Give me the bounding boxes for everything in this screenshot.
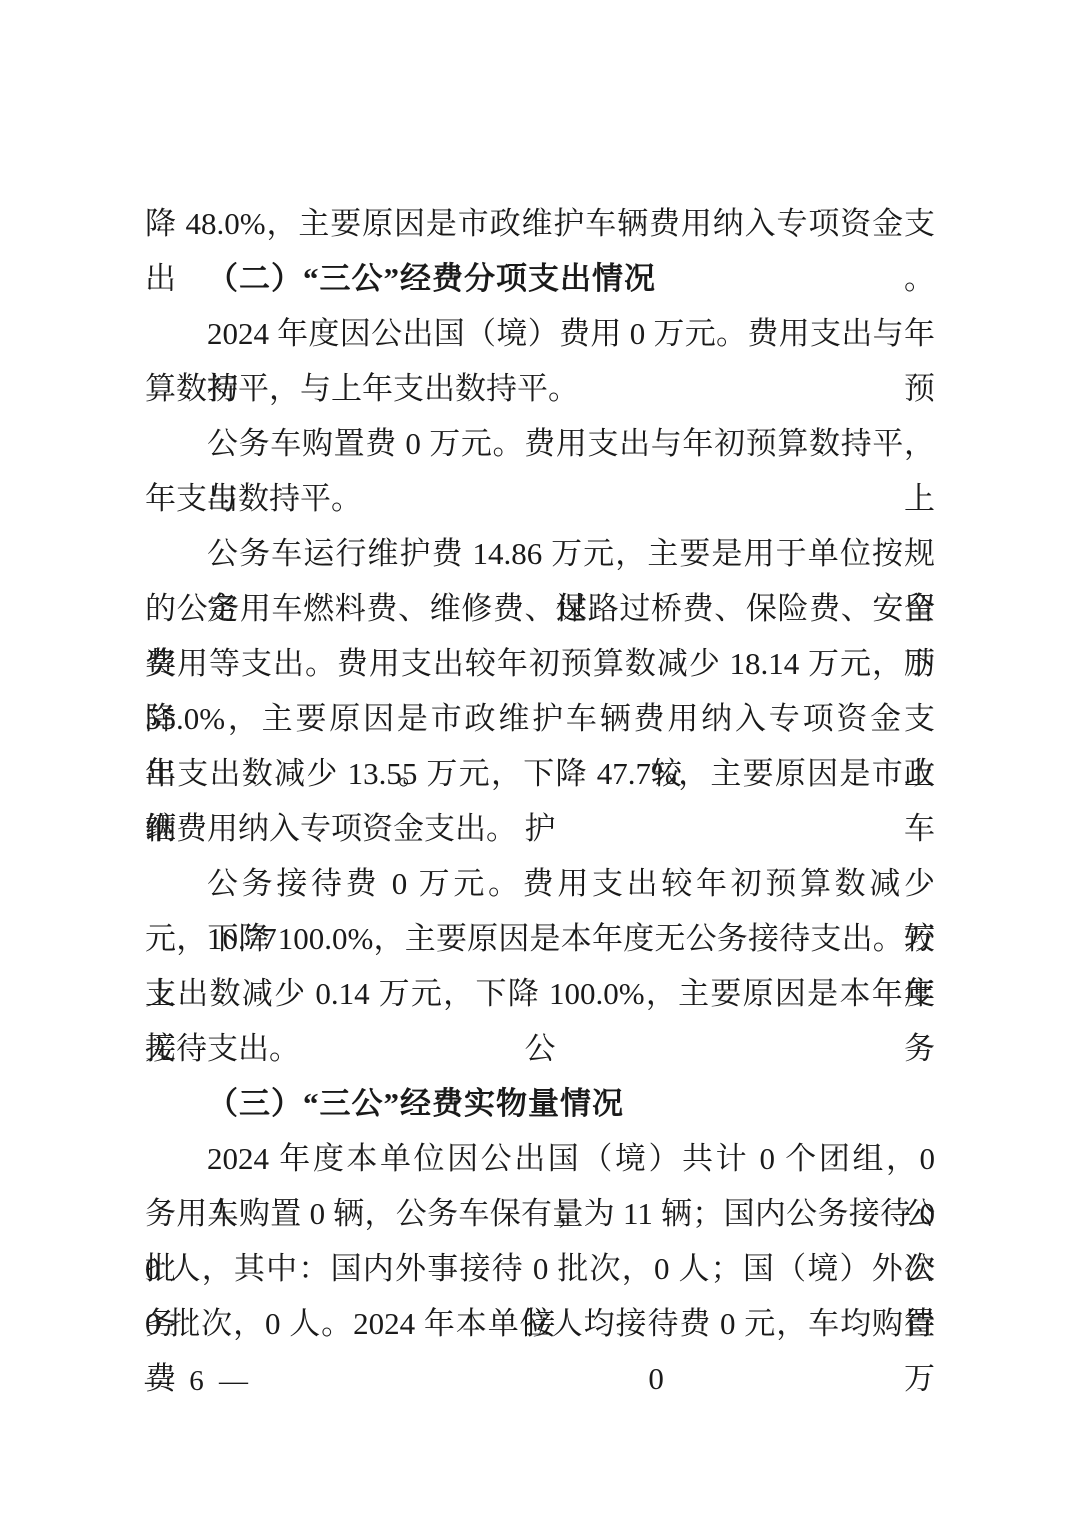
text-line: 公务车购置费 0 万元。费用支出与年初预算数持平，与上 (145, 416, 935, 471)
text-line: 55.0%，主要原因是市政维护车辆费用纳入专项资金支出。较上 (145, 691, 935, 746)
text-line: 元，下降 100.0%，主要原因是本年度无公务接待支出。较上年 (145, 911, 935, 966)
text-line: 2024 年度因公出国（境）费用 0 万元。费用支出与年初预 (145, 306, 935, 361)
text-line: 公务车运行维护费 14.86 万元，主要是用于单位按规定保留 (145, 526, 935, 581)
text-line: 的公务用车燃料费、维修费、过路过桥费、保险费、安全奖励 (145, 581, 935, 636)
text-line: 0 人，其中：国内外事接待 0 批次，0 人；国（境）外公务接待 (145, 1241, 935, 1296)
text-line: 2024 年度本单位因公出国（境）共计 0 个团组，0 人；公 (145, 1131, 935, 1186)
document-page: 降 48.0%，主要原因是市政维护车辆费用纳入专项资金支出。（二）“三公”经费分… (0, 0, 1074, 1520)
text-line: 务用车购置 0 辆，公务车保有量为 11 辆；国内公务接待 0 批次 (145, 1186, 935, 1241)
text-line: 降 48.0%，主要原因是市政维护车辆费用纳入专项资金支出。 (145, 196, 935, 251)
document-body: 降 48.0%，主要原因是市政维护车辆费用纳入专项资金支出。（二）“三公”经费分… (145, 196, 935, 1351)
text-line: 费用等支出。费用支出较年初预算数减少 18.14 万元，下降 (145, 636, 935, 691)
text-line: 公务接待费 0 万元。费用支出较年初预算数减少 10.77 万 (145, 856, 935, 911)
page-number: — 6 — (145, 1364, 252, 1398)
text-line: 0 批次，0 人。2024 年本单位人均接待费 0 元，车均购置费 0 万 (145, 1296, 935, 1351)
text-line: 年支出数减少 13.55 万元，下降 47.7%，主要原因是市政维护车 (145, 746, 935, 801)
section-heading: （三）“三公”经费实物量情况 (145, 1076, 935, 1131)
text-line: 支出数减少 0.14 万元，下降 100.0%，主要原因是本年度无公务 (145, 966, 935, 1021)
